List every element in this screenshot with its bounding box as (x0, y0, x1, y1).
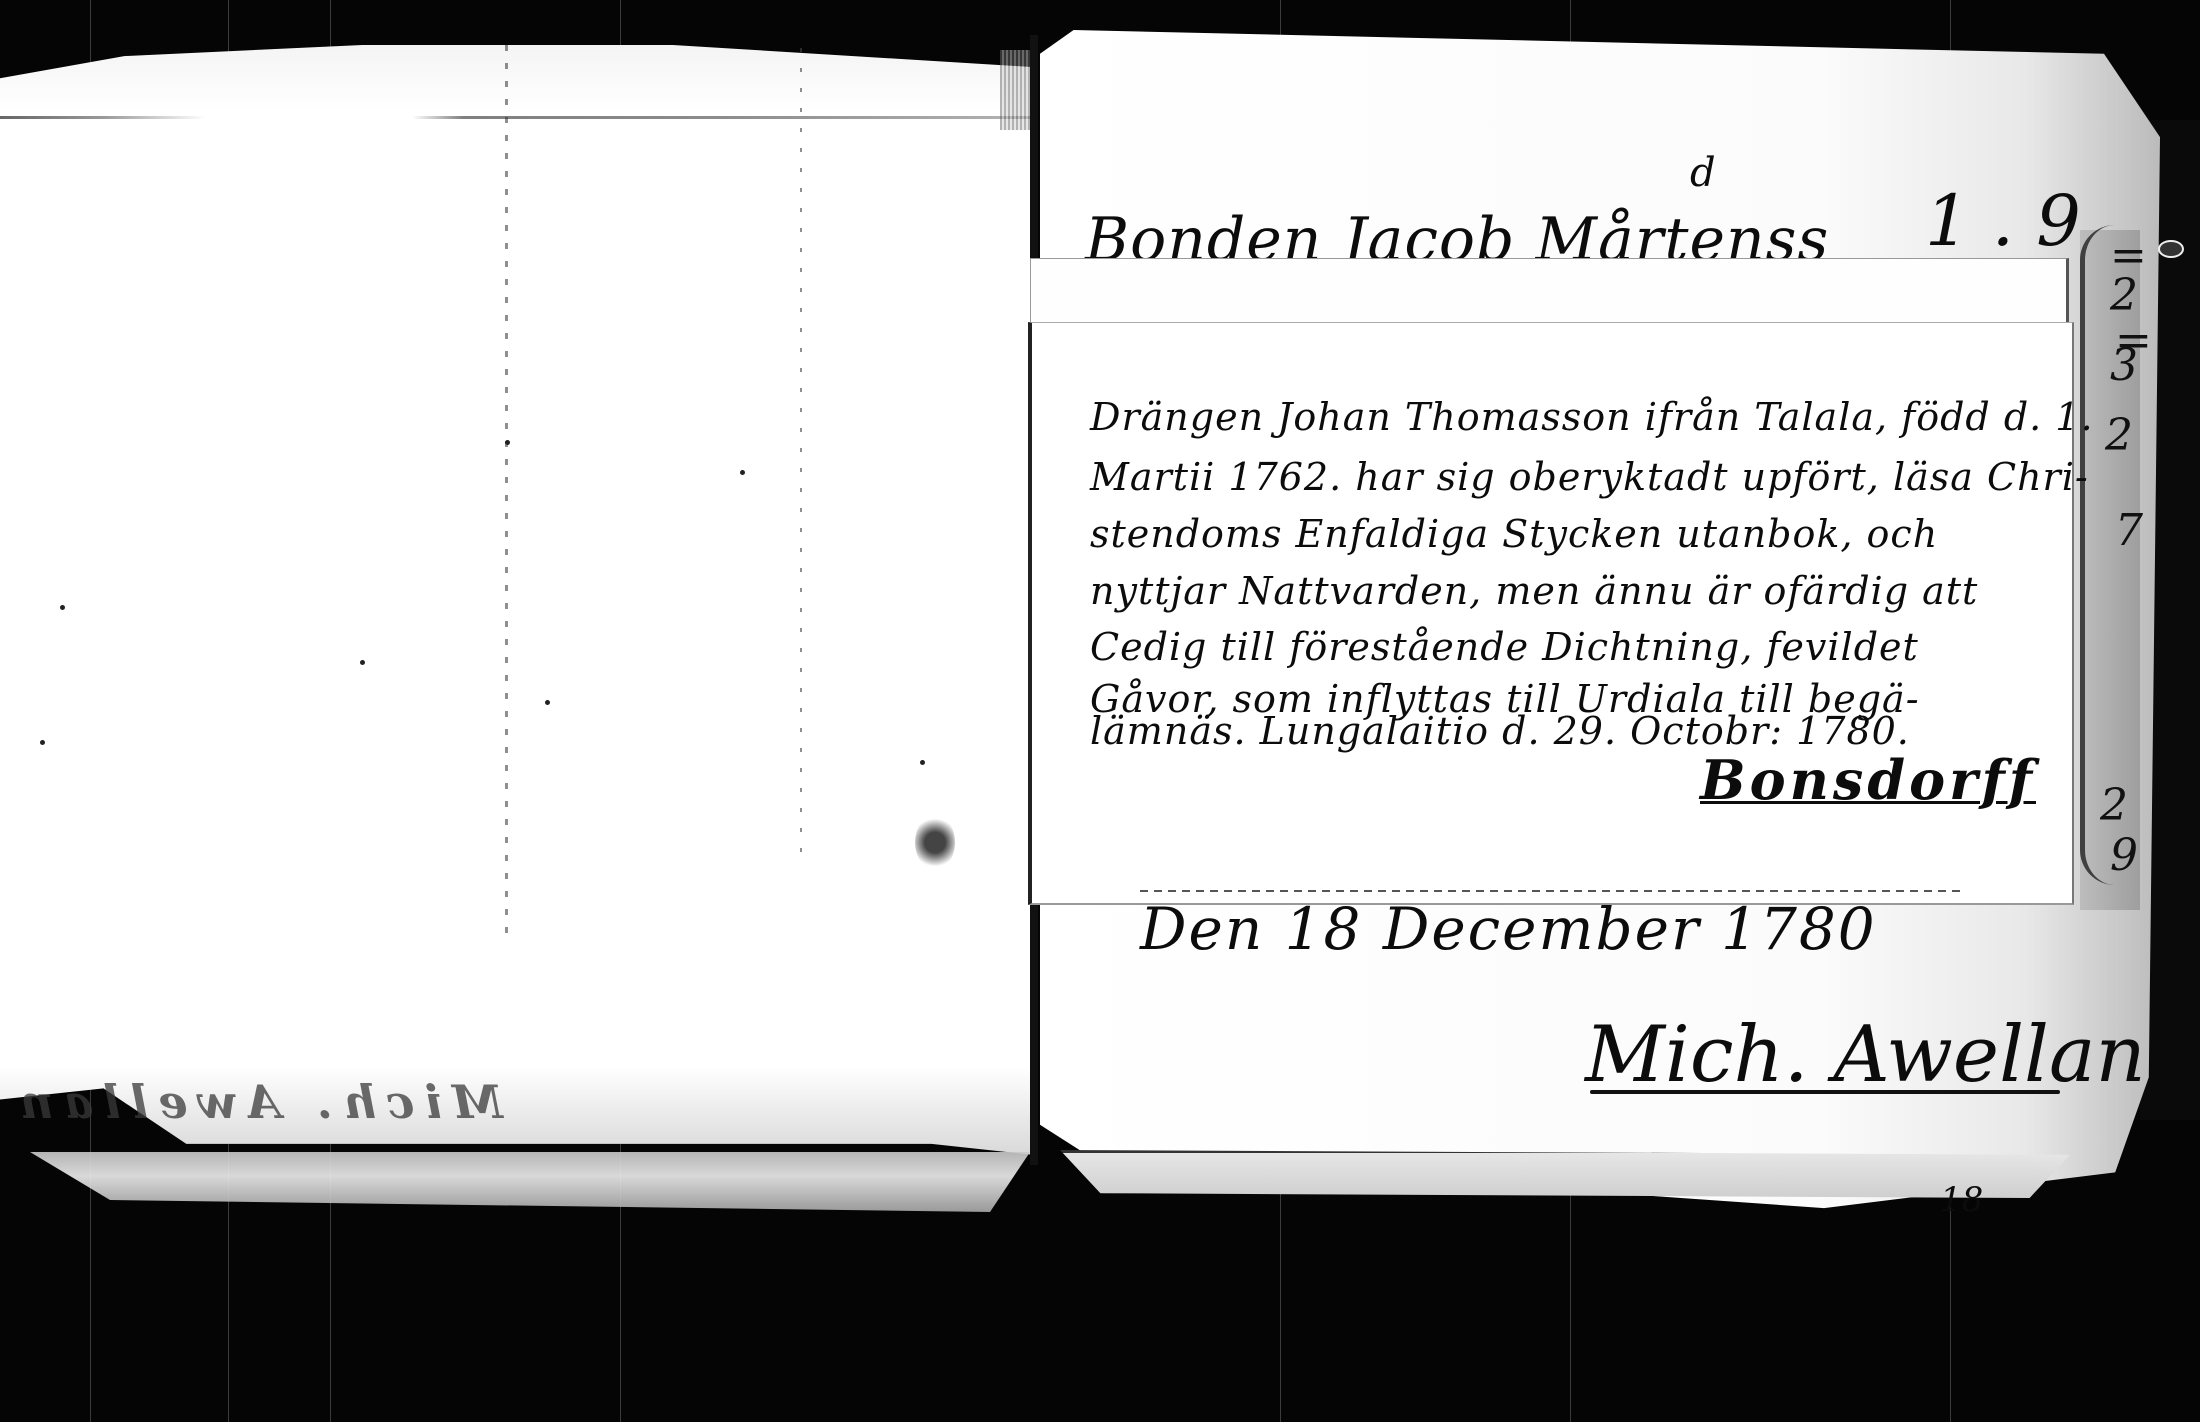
margin-mark: 3 (2110, 340, 2138, 391)
slip-text-line: nyttjar Nattvarden, men ännu är ofärdig … (1090, 572, 1978, 610)
left-page (0, 45, 1035, 1155)
bleed-through-text: Mich. Awellan (10, 1075, 503, 1129)
header-superscript: d (1690, 150, 1716, 196)
slip-text-line: lämnäs. Lungalaitio d. 29. Octobr: 1780. (1090, 712, 1910, 750)
left-page-crease (505, 45, 508, 945)
margin-mark: 9 (2110, 830, 2138, 881)
left-page-crease (800, 48, 802, 868)
signature-underline (1590, 1090, 2060, 1094)
slip-text-line: stendoms Enfaldiga Stycken utanbok, och (1090, 515, 1938, 553)
margin-mark: 2 (2100, 780, 2128, 831)
record-header-number: 1 . 9 (1925, 180, 2081, 262)
left-page-bottom-edge (30, 1152, 1030, 1212)
slip-text-line: Cedig till förestående Dichtning, fevild… (1090, 628, 1919, 666)
margin-mark: 2 (2105, 410, 2133, 461)
slip-signature: Bonsdorff (1700, 748, 2036, 812)
entry-date: Den 18 December 1780 (1140, 895, 1877, 963)
margin-mark: 2 (2110, 270, 2138, 321)
ruled-line (1140, 890, 1960, 892)
right-page-bottom-fold (1060, 1150, 2070, 1198)
binding-rivet (2158, 240, 2184, 258)
folio-mark: 18 (1940, 1180, 1983, 1220)
priest-signature: Mich. Awellan (1585, 1010, 2146, 1100)
scanned-document: Mich. Awellan d Bonden Jacob Mårtenss 1 … (0, 0, 2200, 1422)
slip-text-line: Martii 1762. har sig oberyktadt upfört, … (1090, 458, 2089, 496)
left-page-fold-line (0, 116, 1030, 119)
slip-text-line: Drängen Johan Thomasson ifrån Talala, fö… (1090, 398, 2094, 436)
margin-mark: 7 (2115, 505, 2143, 556)
ink-stain (915, 815, 955, 870)
